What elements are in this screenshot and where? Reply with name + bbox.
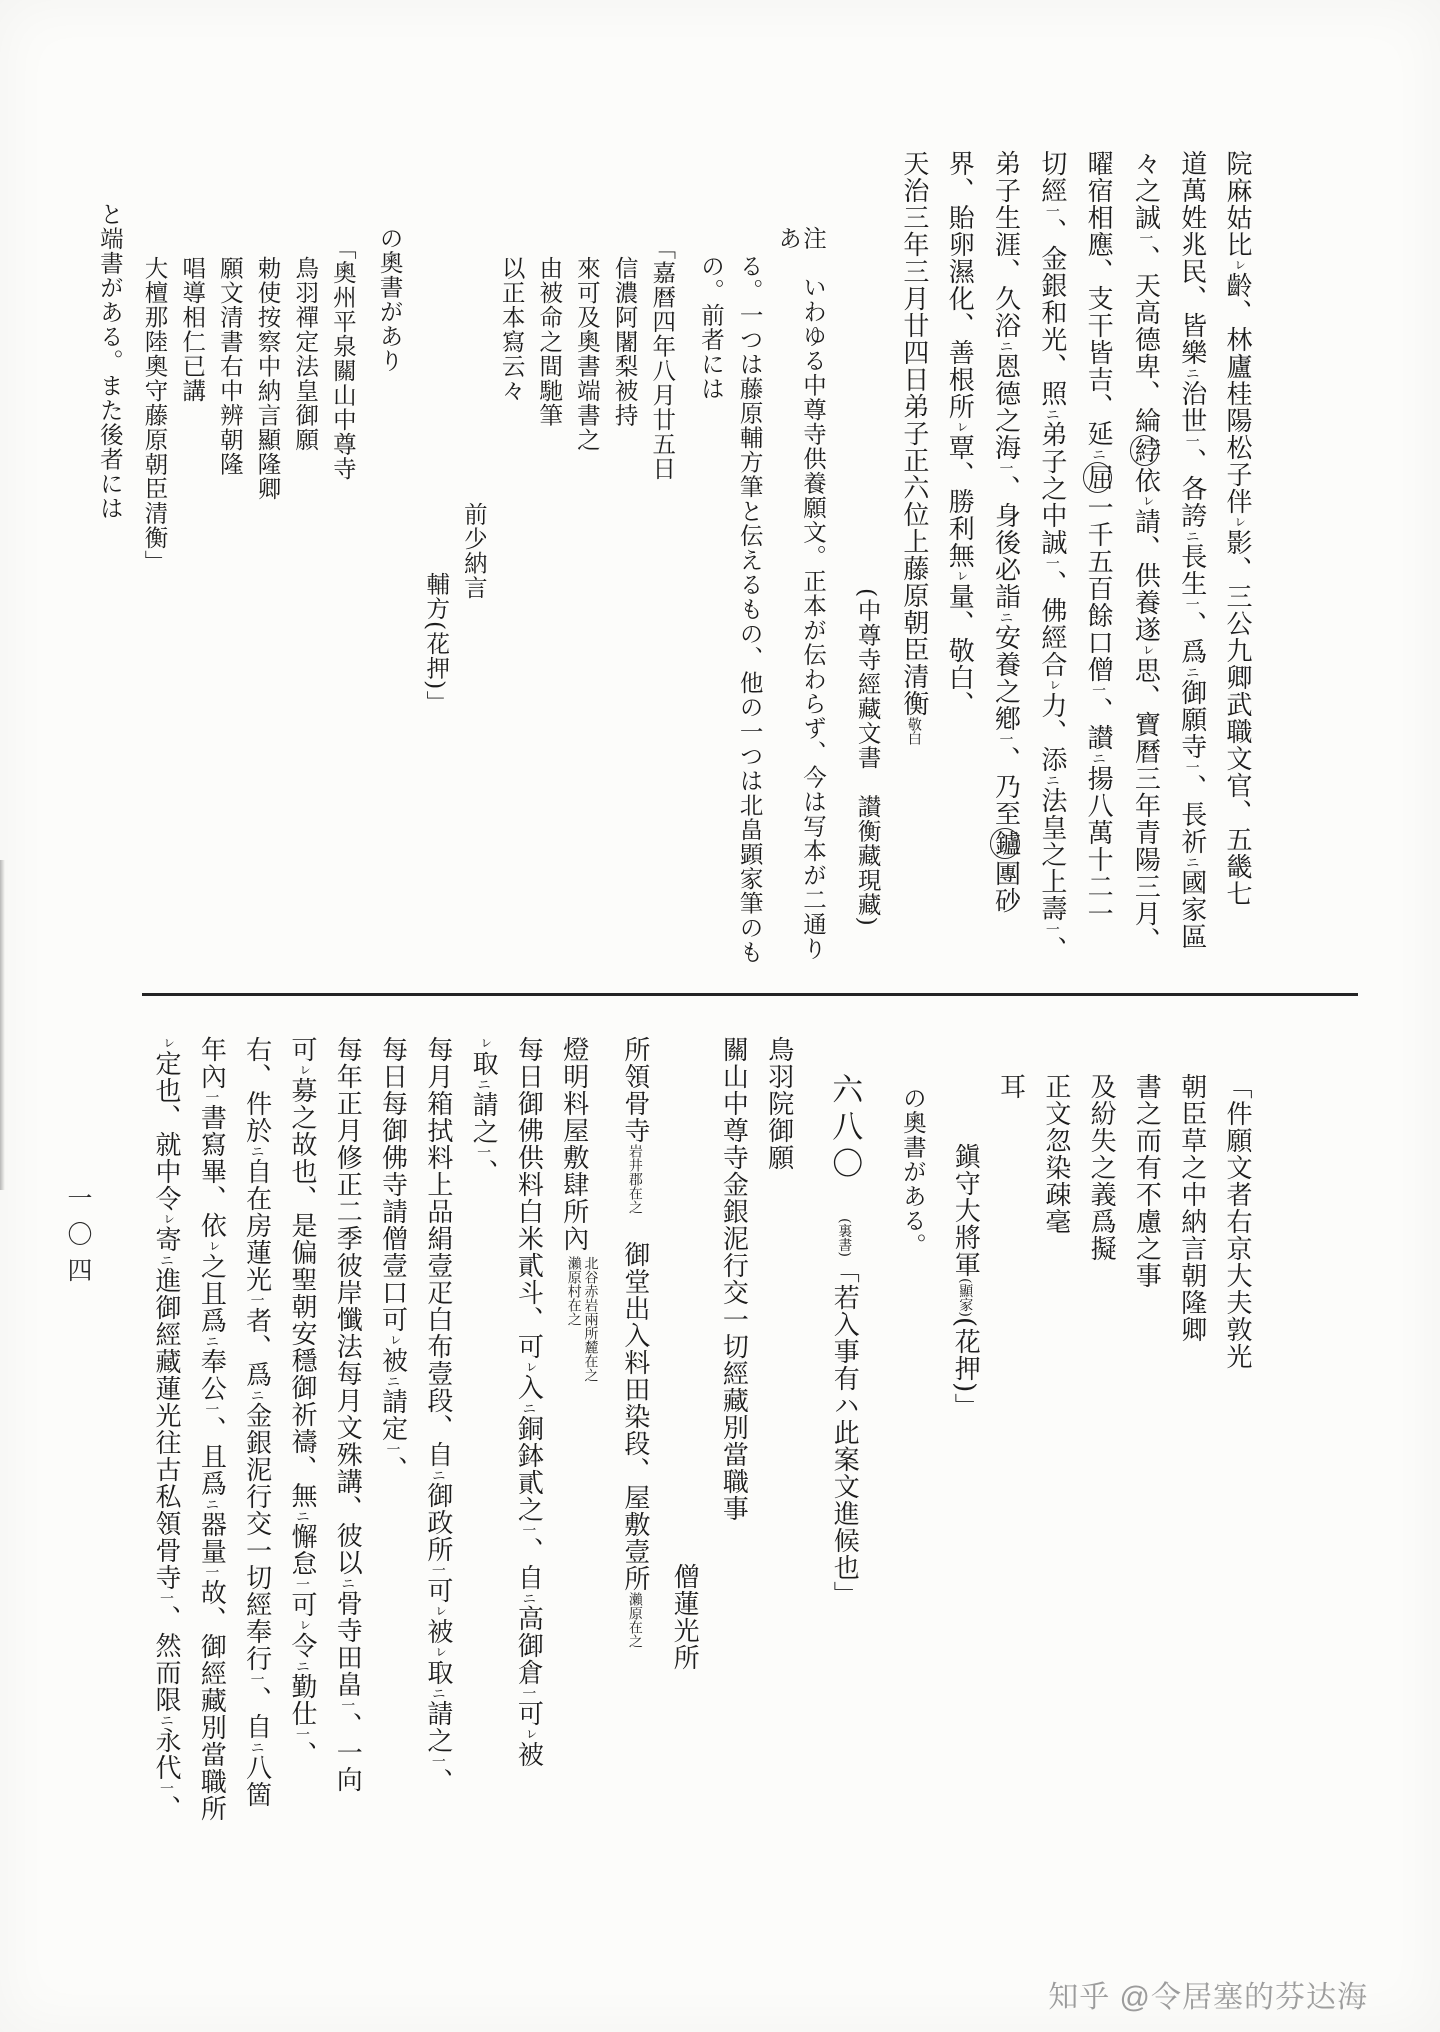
okugaki-quote-column-3: 來可及奧書端書之 (574, 150, 599, 968)
body-column-3: 僧蓮光所 (670, 1028, 697, 1933)
signature-column-akiie: 鎭守大將軍(顯家)(花押)」 (951, 1028, 978, 1933)
doc-title: 「若入事有ハ此案文進候也」 (829, 1257, 859, 1608)
ganmon-column-4: 曜宿相應、支干皆吉、延ニ屈一千五百餘口僧一、讃ニ揚八萬十二一 (1083, 150, 1112, 968)
ganmon-column-7: 界、貽卵濕化、善根所ㇾ覃、勝利無ㇾ量、敬白、 (945, 150, 972, 968)
continuation-column-4: 及紛失之義爲擬 (1087, 1028, 1114, 1933)
body-column-9: 每日每御佛寺請僧壹口可ㇾ被ニ請定一、 (378, 1028, 405, 1933)
document-679-section: 院麻姑比ㇾ齡、林廬桂陽松子伴ㇾ影、三公九卿武職文官、五畿七 道萬姓兆民、皆樂ニ治… (97, 150, 1250, 968)
continuation-column-2: 朝臣草之中納言朝隆卿 (1177, 1028, 1204, 1933)
hashigaki-quote-column-1: 「奧州平泉關山中尊寺 (330, 150, 355, 968)
scan-edge-artifact (0, 860, 5, 1190)
document-680-section: 「件願文者右京大夫敦光 朝臣草之中納言朝隆卿 書之而有不慮之事 及紛失之義爲擬 … (152, 1028, 1250, 1933)
after-note-column: と端書がある。また後者には (97, 150, 122, 968)
body-column-11: 可ㇾ募之故也、是偏聖朝安穩御祈禱、無ニ懈怠一可ㇾ令ニ勤仕一、 (288, 1028, 315, 1933)
hashigaki-quote-column-3: 勅使按察中納言顯隆卿 (255, 150, 280, 968)
body-column-1: 鳥羽院御願 (764, 1028, 791, 1933)
scanned-book-page: 院麻姑比ㇾ齡、林廬桂陽松子伴ㇾ影、三公九卿武職文官、五畿七 道萬姓兆民、皆樂ニ治… (0, 0, 1440, 2032)
body-column-8: 每月箱拭料上品絹壹疋白布壹段、自ニ御政所一可ㇾ被ㇾ取ニ請之一、 (424, 1028, 451, 1933)
uragaki-annotation: (裏書) (836, 1218, 852, 1257)
ganmon-column-5: 切經一、金銀和光、照ニ弟子之中誠一、佛經合ㇾ力、添ニ法皇之上壽一、 (1038, 150, 1065, 968)
body-column-2: 關山中尊寺金銀泥行交一切經藏別當職事 (719, 1028, 746, 1933)
body-column-7: ㇾ取ニ請之一、 (469, 1028, 496, 1933)
note-column-3: の。前者には (698, 150, 723, 968)
okugaki-quote-column-5: 以正本寫云々 (499, 150, 524, 968)
okugaki-quote-column-2: 信濃阿闍梨被持 (612, 150, 637, 968)
ganmon-date-column: 天治三年三月廿四日弟子正六位上藤原朝臣清衡敬白 (900, 150, 927, 968)
doc-number: 六八〇 (826, 1073, 862, 1184)
continuation-column-3: 書之而有不慮之事 (1132, 1028, 1159, 1933)
continuation-column-1: 「件願文者右京大夫敦光 (1223, 1028, 1250, 1933)
okugaki-quote-column-1: 「嘉暦四年八月廿五日 (650, 150, 675, 968)
body-column-4: 所領骨寺岩井郡在之 御堂出入料田染段、屋敷壹所瀨原在之 (621, 1028, 648, 1933)
continuation-column-5: 正文忽染疎毫 (1042, 1028, 1069, 1933)
body-column-6: 每日御佛供料白米貳斗、可ㇾ入ニ銅鉢貳之一、自ニ高御倉一可ㇾ被 (514, 1028, 541, 1933)
watermark: 知乎 @令居塞的芬达海 (1048, 1972, 1368, 2016)
hashigaki-quote-column-2: 鳥羽禪定法皇御願 (293, 150, 318, 968)
ganmon-column-1: 院麻姑比ㇾ齡、林廬桂陽松子伴ㇾ影、三公九卿武職文官、五畿七 (1223, 150, 1250, 968)
note-column-2: る。一つは藤原輔方筆と伝えるもの、他の一つは北畠顕家筆のも (737, 150, 762, 968)
hashigaki-quote-column-6: 大檀那陸奧守藤原朝臣清衡」 (142, 150, 167, 968)
signature-title-column: 前少納言 (461, 150, 486, 968)
body-column-14: ㇾ定也、就中令ㇾ寄ニ進御經藏蓮光往古私領骨寺一、然而限ニ永代一、 (152, 1028, 179, 1933)
ganmon-column-6: 弟子生涯、久浴ニ恩德之海一、身後必詣ニ安養之鄕一、乃至鑪團砂 (990, 150, 1019, 968)
ganmon-column-3: 々之誠一、天高德卑、綸綍依ㇾ請、供養遂ㇾ思、寶曆三年青陽三月、 (1130, 150, 1159, 968)
source-attribution: (中尊寺經藏文書 讃衡藏現藏) (855, 150, 880, 968)
continuation-column-6: 耳 (996, 1028, 1023, 1933)
hashigaki-quote-column-5: 唱導相仁已講 (180, 150, 205, 968)
hashigaki-quote-column-4: 願文清書右中辨朝隆 (217, 150, 242, 968)
section-divider (142, 993, 1358, 996)
okugaki-note-column: の奧書がある。 (900, 1028, 925, 1933)
body-column-12: 右、件於ニ自在房蓮光一者、爲ニ金銀泥行交一切經奉行一、自ニ八箇 (242, 1028, 269, 1933)
between-note-column: の奧書があり (377, 150, 402, 968)
signature-name-column: 輔方(花押)」 (424, 150, 449, 968)
body-column-13: 年內一書寫畢、依ㇾ之且爲ニ奉公一、且爲ニ器量一故、御經藏別當職所 (197, 1028, 224, 1933)
okugaki-quote-column-4: 由被命之間馳筆 (537, 150, 562, 968)
page-number: 一〇四 (60, 1185, 96, 1293)
ganmon-column-2: 道萬姓兆民、皆樂ニ治世一、各誇ニ長生一、爲ニ御願寺一、長祈ニ國家區 (1177, 150, 1204, 968)
doc-number-column: 六八〇(裏書)「若入事有ハ此案文進候也」 (828, 1028, 861, 1933)
note-column-1: 注 いわゆる中尊寺供養願文。正本が伝わらず、今は写本が二通りあ (776, 150, 825, 968)
body-column-5: 燈明料屋敷肆所內北谷赤岩兩所麓在之瀨原村在之 (559, 1028, 598, 1933)
body-column-10: 每年正月修正二季彼岸懺法每月文殊講、彼以ニ骨寺田畠一、一向 (333, 1028, 360, 1933)
